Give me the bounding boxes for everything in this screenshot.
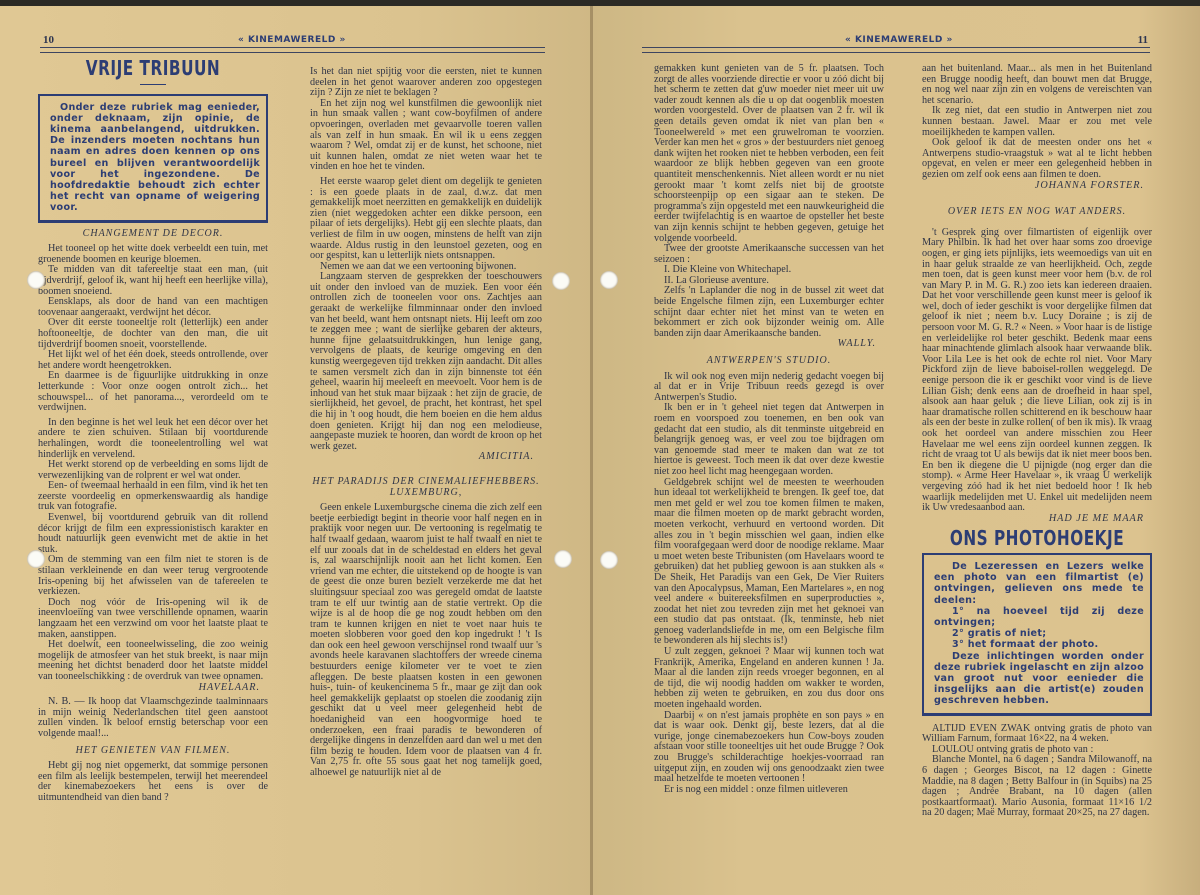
right-page: « KINEMAWERELD » 11 gemakken kunt geniet… — [592, 6, 1200, 895]
paragraph: Over dit eerste tooneeltje rolt (letterl… — [38, 318, 268, 350]
punch-hole — [27, 271, 45, 289]
signature: WALLY. — [654, 339, 884, 350]
paragraph: Doch nog vóór de Iris-opening wil ik de … — [38, 598, 268, 640]
paragraph: Een- of tweemaal herhaald in een film, v… — [38, 481, 268, 513]
paragraph: Ook geloof ik dat de meesten onder ons h… — [922, 138, 1152, 180]
article-heading: HET GENIETEN VAN FILMEN. — [38, 746, 268, 757]
paragraph: Zelfs 'n Laplander die nog in de bussel … — [654, 286, 884, 339]
paragraph: In den beginne is het wel leuk het een d… — [38, 418, 268, 460]
paragraph: Het eerste waarop gelet dient om degelij… — [310, 177, 542, 262]
paragraph: Daarbij « on n'est jamais prophète en so… — [654, 711, 884, 785]
signature: HAD JE ME MAAR — [922, 514, 1152, 525]
postscript: N. B. — Ik hoop dat Vlaamschgezinde taal… — [38, 697, 268, 739]
paragraph: Ik zeg niet, dat een studio in Antwerpen… — [922, 106, 1152, 138]
column-3: gemakken kunt genieten van de 5 fr. plaa… — [654, 64, 884, 795]
column-4: aan het buitenland. Maar... als men in h… — [922, 64, 1152, 819]
paragraph: Eensklaps, als door de hand van een mach… — [38, 297, 268, 318]
section-title: VRIJE TRIBUUN — [38, 63, 268, 76]
paragraph: En het zijn nog wel kunstfilmen die gewo… — [310, 99, 542, 173]
page-header: « KINEMAWERELD » 11 — [642, 32, 1150, 52]
header-rule — [642, 47, 1150, 53]
paragraph: aan het buitenland. Maar... als men in h… — [922, 64, 1152, 106]
signature: AMICITIA. — [310, 452, 542, 463]
masthead: « KINEMAWERELD » — [238, 35, 346, 45]
title-underline — [140, 84, 166, 85]
binding-gutter — [590, 6, 593, 895]
paragraph: Geen enkele Luxemburgsche cinema die zic… — [310, 503, 542, 778]
signature: JOHANNA FORSTER. — [922, 181, 1152, 192]
punch-hole — [27, 550, 45, 568]
paragraph: Evenwel, bij voortdurend gebruik van dit… — [38, 513, 268, 555]
article-heading: ANTWERPEN'S STUDIO. — [654, 356, 884, 367]
punch-hole — [554, 550, 572, 568]
article-heading: OVER IETS EN NOG WAT ANDERS. — [922, 207, 1152, 218]
punch-hole — [552, 272, 570, 290]
photo-entry: Blanche Montel, na 6 dagen ; Sandra Milo… — [922, 755, 1152, 819]
column-1: VRIJE TRIBUUN Onder deze rubriek mag een… — [38, 64, 268, 804]
notice-box: Onder deze rubriek mag eenieder, onder d… — [38, 94, 268, 223]
left-page: 10 « KINEMAWERELD » VRIJE TRIBUUN Onder … — [0, 6, 592, 895]
page-number: 11 — [1138, 34, 1148, 46]
paragraph: Het werkt storend op de verbeelding en s… — [38, 460, 268, 481]
photo-entry: ALTIJD EVEN ZWAK ontving gratis de photo… — [922, 724, 1152, 745]
signature: HAVELAAR. — [38, 683, 268, 694]
notice-text: Onder deze rubriek mag eenieder, onder d… — [50, 102, 260, 214]
paragraph: Te midden van dit tafereeltje staat een … — [38, 265, 268, 297]
box-outro: Deze inlichtingen worden onder deze rubr… — [934, 651, 1144, 707]
page-number: 10 — [43, 34, 54, 46]
page-header: 10 « KINEMAWERELD » — [40, 32, 545, 52]
paragraph: Ik wil ook nog even mijn nederig gedacht… — [654, 372, 884, 404]
paragraph: Twee der grootste Amerikaansche successe… — [654, 244, 884, 265]
paragraph: En daarmee is de figuurlijke uitdrukking… — [38, 371, 268, 413]
article-heading: HET PARADIJS DER CINEMALIEFHEBBERS. LUXE… — [310, 477, 542, 498]
paragraph: gemakken kunt genieten van de 5 fr. plaa… — [654, 64, 884, 244]
box-item: 3° het formaat der photo. — [934, 639, 1144, 650]
paragraph: Er is nog een middel : onze filmen uitle… — [654, 785, 884, 796]
box-intro: De Lezeressen en Lezers welke een photo … — [934, 561, 1144, 606]
punch-hole — [600, 551, 618, 569]
paragraph: Het doelwit, een tooneelwisseling, die z… — [38, 640, 268, 682]
column-2: Is het dan niet spijtig voor die eersten… — [310, 67, 542, 779]
paragraph: Is het dan niet spijtig voor die eersten… — [310, 67, 542, 99]
header-rule — [40, 47, 545, 53]
paragraph: Geldgebrek schijnt wel de meesten te wee… — [654, 478, 884, 648]
paragraph: Het tooneel op het witte doek verbeeldt … — [38, 244, 268, 265]
paragraph: Om de stemming van een film niet te stor… — [38, 555, 268, 597]
paragraph: 't Gesprek ging over filmartisten of eig… — [922, 228, 1152, 514]
paragraph: Ik ben er in 't geheel niet tegen dat An… — [654, 403, 884, 477]
paragraph: Langzaam sterven de gesprekken der toesc… — [310, 272, 542, 452]
masthead: « KINEMAWERELD » — [845, 35, 953, 45]
box-item: 2° gratis of niet; — [934, 628, 1144, 639]
paragraph: Het lijkt wel of het één doek, steeds on… — [38, 350, 268, 371]
paragraph: U zult zeggen, geknoei ? Maar wij kunnen… — [654, 647, 884, 711]
paragraph: Hebt gij nog niet opgemerkt, dat sommige… — [38, 761, 268, 803]
article-heading: CHANGEMENT DE DECOR. — [38, 229, 268, 240]
punch-hole — [600, 271, 618, 289]
photo-notice-box: De Lezeressen en Lezers welke een photo … — [922, 553, 1152, 716]
box-item: 1° na hoeveel tijd zij deze ontvingen; — [934, 606, 1144, 628]
magazine-spread: 10 « KINEMAWERELD » VRIJE TRIBUUN Onder … — [0, 6, 1200, 895]
section-title: ONS PHOTOHOEKJE — [922, 533, 1152, 546]
